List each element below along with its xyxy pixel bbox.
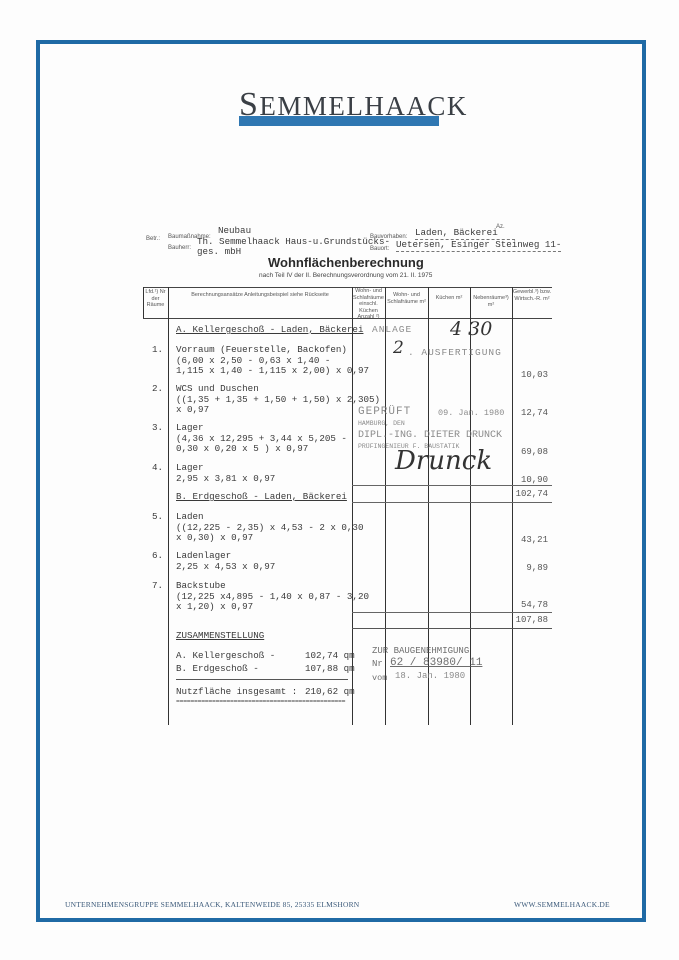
row-calculation-line: 1,115 x 1,40 - 1,115 x 2,00) x 0,97 bbox=[176, 366, 369, 377]
summary-rule bbox=[352, 628, 552, 629]
table-top-rule bbox=[143, 287, 552, 288]
row-calculation-line: x 0,97 bbox=[176, 405, 209, 416]
row-area-value: 43,21 bbox=[510, 535, 548, 545]
summary-item-a-label: A. Kellergeschoß - bbox=[176, 651, 275, 662]
summary-item-b-label: B. Erdgeschoß - bbox=[176, 664, 259, 675]
header-kuechen: Küchen m² bbox=[428, 295, 470, 302]
table-col-rule bbox=[168, 287, 169, 725]
bauort-value: Uetersen, Esinger Steinweg 11- bbox=[396, 240, 561, 252]
nr-label: Nr bbox=[372, 659, 383, 669]
row-calculation-line: Vorraum (Feuerstelle, Backofen) bbox=[176, 345, 347, 356]
row-calculation-line: Lager bbox=[176, 423, 204, 434]
row-calculation-line: Lager bbox=[176, 463, 204, 474]
vom-label: vom bbox=[372, 673, 387, 683]
anlage-handwritten: 4 30 bbox=[450, 318, 492, 340]
row-calculation-line: Laden bbox=[176, 512, 204, 523]
total-double-rule: ========================================… bbox=[176, 697, 352, 708]
betr-label: Betr.: bbox=[146, 236, 160, 242]
header-gewerbe: Gewerbl.³) bzw. Wirtsch.-R. m² bbox=[512, 289, 552, 302]
row-calculation-line: Backstube bbox=[176, 581, 226, 592]
row-number: 4. bbox=[152, 463, 163, 474]
total-label: Nutzfläche insgesamt : bbox=[176, 687, 297, 698]
summary-item-b-value: 107,88 qm bbox=[305, 664, 355, 675]
header-nebenraeume: Nebenräume³) m² bbox=[470, 295, 512, 308]
row-area-value: 69,08 bbox=[510, 447, 548, 457]
row-calculation-line: x 1,20) x 0,97 bbox=[176, 602, 253, 613]
stamp-engineer-name: DIPL.-ING. DIETER DRUNCK bbox=[358, 430, 502, 441]
summary-item-a-value: 102,74 qm bbox=[305, 651, 355, 662]
bauherr-label: Bauherr: bbox=[168, 245, 191, 251]
header-anzahl: Wohn- und Schlafräume einschl. Küchen An… bbox=[352, 288, 385, 321]
footer-website[interactable]: WWW.SEMMELHAACK.DE bbox=[514, 900, 610, 909]
document-subtitle: nach Teil IV der II. Berechnungsverordnu… bbox=[259, 272, 432, 279]
header-lfd-nr: Lfd.¹) Nr der Räume bbox=[143, 289, 168, 309]
geprueft-stamp: GEPRÜFT bbox=[358, 406, 411, 418]
document-title: Wohnflächenberechnung bbox=[268, 255, 424, 270]
row-calculation-line: WCS und Duschen bbox=[176, 384, 259, 395]
nr-value: 62 / 83980/ 11 bbox=[390, 657, 482, 669]
page-frame bbox=[36, 40, 646, 922]
table-col-rule bbox=[512, 287, 513, 725]
ausfertigung-stamp: . AUSFERTIGUNG bbox=[408, 347, 502, 358]
row-area-value: 10,03 bbox=[510, 370, 548, 380]
baumassnahme-value: Neubau bbox=[218, 226, 251, 237]
row-calculation-line: 2,25 x 4,53 x 0,97 bbox=[176, 562, 275, 573]
row-area-value: 10,90 bbox=[510, 475, 548, 485]
stamp-place-line: HAMBURG, DEN bbox=[358, 420, 405, 427]
subtotal-a-rule bbox=[352, 485, 552, 486]
row-area-value: 9,89 bbox=[510, 563, 548, 573]
table-col-rule bbox=[385, 287, 386, 725]
row-calculation-line: 2,95 x 3,81 x 0,97 bbox=[176, 474, 275, 485]
row-number: 7. bbox=[152, 581, 163, 592]
section-b-heading: B. Erdgeschoß - Laden, Bäckerei bbox=[176, 492, 347, 503]
footer-address: UNTERNEHMENSGRUPPE SEMMELHAACK, KALTENWE… bbox=[65, 900, 359, 909]
subtotal-a-value: 102,74 bbox=[510, 489, 548, 499]
row-number: 2. bbox=[152, 384, 163, 395]
baugenehmigung-stamp: ZUR BAUGENEHMIGUNG bbox=[372, 646, 469, 656]
row-area-value: 54,78 bbox=[510, 600, 548, 610]
subtotal-b-value: 107,88 bbox=[510, 615, 548, 625]
row-area-value: 12,74 bbox=[510, 408, 548, 418]
anlage-stamp: ANLAGE bbox=[372, 324, 412, 335]
vom-value: 18. Jan. 1980 bbox=[395, 671, 465, 681]
total-value: 210,62 qm bbox=[305, 687, 355, 698]
brand-bar bbox=[239, 116, 439, 126]
row-number: 3. bbox=[152, 423, 163, 434]
row-calculation-line: 0,30 x 0,20 x 5 ) x 0,97 bbox=[176, 444, 308, 455]
row-number: 5. bbox=[152, 512, 163, 523]
summary-sum-rule bbox=[176, 679, 348, 680]
header-berechnung: Berechnungsansätze Anleitungsbeispiel si… bbox=[168, 292, 352, 299]
header-wohn: Wohn- und Schlafräume m² bbox=[385, 292, 428, 305]
bauort-label: Bauort: bbox=[370, 246, 389, 252]
engineer-signature: Drunck bbox=[395, 446, 492, 476]
section-a-heading: A. Kellergeschoß - Laden, Bäckerei bbox=[176, 325, 363, 336]
bauherr-value-2: ges. mbH bbox=[197, 247, 241, 258]
row-number: 6. bbox=[152, 551, 163, 562]
row-calculation-line: Ladenlager bbox=[176, 551, 231, 562]
bauvorhaben-value: Laden, Bäckerei bbox=[415, 228, 515, 240]
ausfertigung-handwritten: 2 bbox=[393, 338, 404, 358]
row-calculation-line: x 0,30) x 0,97 bbox=[176, 533, 253, 544]
subtotal-b-rule bbox=[352, 612, 552, 613]
row-number: 1. bbox=[152, 345, 163, 356]
geprueft-date: 09. Jan. 1980 bbox=[438, 408, 504, 418]
summary-heading: ZUSAMMENSTELLUNG bbox=[176, 631, 264, 642]
section-b-rule bbox=[352, 502, 552, 503]
